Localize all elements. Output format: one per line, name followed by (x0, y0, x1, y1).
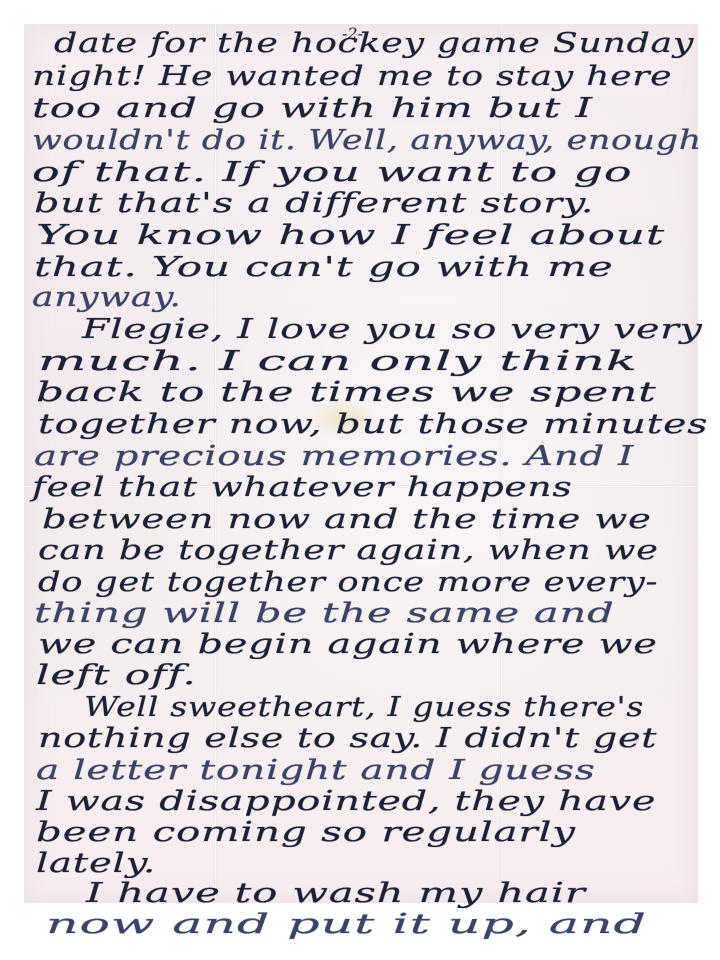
text-line: together now, but those minutes (38, 409, 708, 440)
text-line: between now and the time we (42, 504, 652, 535)
text-line: Well sweetheart, I guess there's (84, 692, 644, 723)
text-line: Flegie, I love you so very very (82, 314, 703, 345)
text-line: night! He wanted me to stay here (32, 61, 672, 92)
text-line: date for the hockey game Sunday (54, 28, 694, 59)
text-line: nothing else to say. I didn't get (38, 723, 657, 754)
text-line: of that. If you want to go (32, 157, 632, 188)
text-line: lately. (36, 848, 156, 879)
text-line: too and go with him but I (32, 93, 593, 124)
text-line: feel that whatever happens (32, 472, 572, 503)
text-line: much. I can only think (38, 346, 638, 377)
text-line: I was disappointed, they have (36, 786, 656, 817)
text-line: we can begin again where we (38, 629, 658, 660)
text-line: a letter tonight and I guess (36, 755, 596, 786)
text-line: but that's a different story. (34, 188, 594, 219)
text-line: wouldn't do it. Well, anyway, enough (32, 125, 702, 156)
text-line: left off. (36, 660, 197, 691)
text-line: can be together again, when we (38, 535, 659, 566)
text-line: are precious memories. And I (34, 441, 634, 472)
text-line: You know how I feel about (36, 220, 665, 251)
text-line: that. You can't go with me (34, 252, 614, 283)
letter-page: -2- date for the hockey game Sundaynight… (24, 24, 698, 903)
text-line: back to the times we spent (36, 377, 657, 408)
text-line: I have to wash my hair (86, 878, 586, 909)
text-line: do get together once more every- (38, 567, 658, 598)
text-line: now and put it up, and (46, 909, 647, 940)
text-line: thing will be the same and (34, 598, 615, 629)
text-line: been coming so regularly (36, 817, 576, 848)
text-line: anyway. (32, 282, 182, 313)
